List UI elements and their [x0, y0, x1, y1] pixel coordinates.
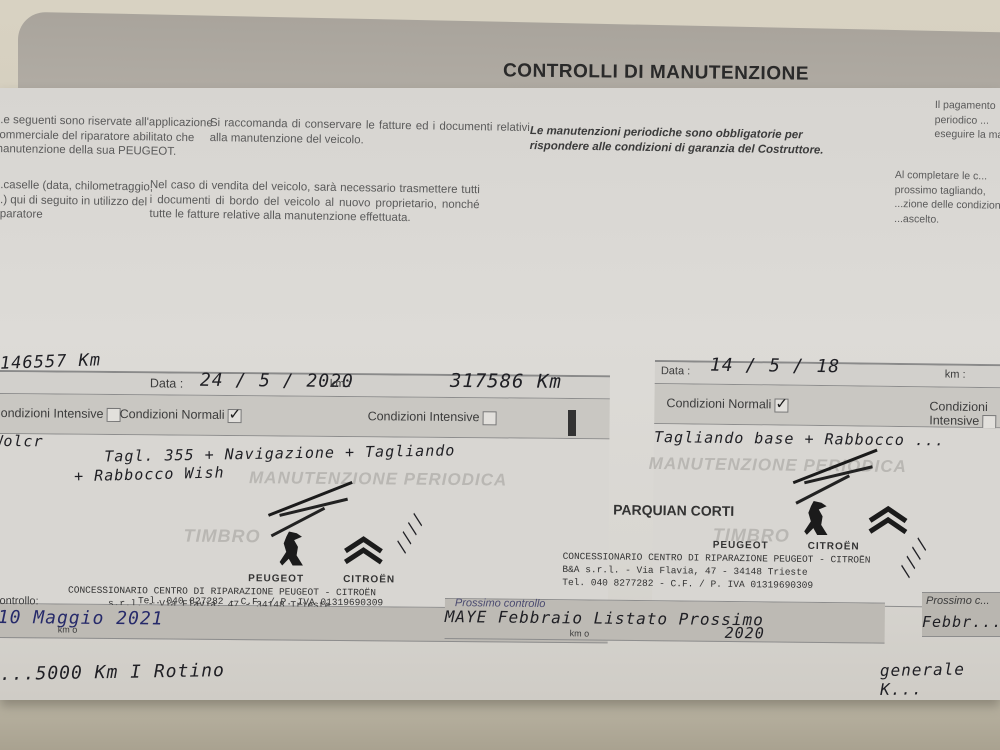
condition-checkbox[interactable]: [982, 415, 996, 429]
citroen-chevrons-icon: [343, 535, 383, 565]
condition-label: Condizioni Intensive: [929, 399, 988, 428]
vertical-handwritten-mark: ////: [391, 509, 429, 555]
km-value: 317586 Km: [450, 370, 562, 393]
vertical-handwritten-mark: ////: [895, 534, 933, 580]
left-edge-note: Wolcr: [0, 432, 44, 450]
conditions-row: Condizioni Intensive Condizioni Normali …: [0, 394, 610, 439]
ghost-label-periodic-maintenance: MANUTENZIONE PERIODICA: [249, 468, 507, 490]
condition-label: Condizioni Normali: [666, 396, 771, 411]
bottom-handwritten-note-right: generale K...: [880, 659, 1000, 699]
intro-left-paragraph-2: ...caselle (data, chilometraggio, ...) q…: [0, 178, 164, 224]
next-check-band-right: Prossimo controllo MAYE Febbraio Listato…: [445, 598, 885, 644]
next-check-date: MAYE Febbraio Listato Prossimo: [445, 607, 764, 629]
work-description-area: Tagliando base + Rabbocco ... MANUTENZIO…: [652, 424, 1000, 608]
condition-checkbox[interactable]: [106, 408, 120, 422]
condition-option-intensive-prev[interactable]: Condizioni Intensive: [0, 406, 121, 422]
km-label: km :: [330, 378, 351, 390]
next-check-fragment: controllo:: [0, 595, 39, 607]
page-heading: CONTROLLI DI MANUTENZIONE: [503, 60, 809, 85]
stamp-brand-citroen: CITROËN: [343, 574, 395, 585]
next-km-value: 2020: [725, 624, 765, 642]
intro-edge-paragraph-2: Al completare le c... prossimo tagliando…: [894, 168, 1000, 228]
stamp-brand-peugeot: PEUGEOT: [713, 540, 769, 552]
condition-option-intensive[interactable]: Condizioni Intensive: [368, 409, 497, 425]
date-value: 14 / 5 / 18: [710, 355, 840, 378]
work-note-line-1: Tagliando base + Rabbocco ...: [654, 428, 945, 450]
desk-surface: [0, 700, 1000, 750]
dealer-name: PARQUIAN CORTI: [613, 502, 734, 519]
next-check-band-edge: Prossimo c... Febbr...: [922, 592, 1000, 637]
km-label: km :: [945, 369, 966, 381]
peugeot-lion-icon: [278, 531, 304, 565]
intro-middle-paragraph-2: Nel caso di vendita del veicolo, sarà ne…: [149, 178, 480, 227]
page-tab-marker: [568, 410, 576, 436]
stamp-brand-citroen: CITROËN: [808, 541, 860, 553]
next-km-small-label: km o: [570, 628, 590, 638]
next-check-row-edge: Prossimo c... Febbr...: [922, 593, 1000, 637]
condition-option-normal[interactable]: Condizioni Normali: [120, 407, 242, 423]
conditions-row: Condizioni Normali Condizioni Intensive: [654, 384, 1000, 428]
condition-checkbox-checked[interactable]: [774, 398, 788, 412]
ghost-label-stamp: TIMBRO: [183, 526, 260, 548]
next-check-label-edge: Prossimo c...: [926, 595, 990, 607]
condition-option-intensive[interactable]: Condizioni Intensive: [929, 399, 1000, 429]
condition-checkbox[interactable]: [482, 411, 496, 425]
condition-label: Condizioni Intensive: [368, 409, 480, 424]
condition-label: Condizioni Normali: [120, 407, 225, 422]
peugeot-lion-icon: [803, 501, 829, 535]
condition-checkbox-checked[interactable]: [227, 409, 241, 423]
intro-edge-paragraph-1: Il pagamento periodico ... eseguire la m…: [934, 98, 1000, 143]
dealer-stamp: PEUGEOT CITROËN CONCESSIONARIO CENTRO DI…: [562, 535, 870, 593]
intro-left-paragraph-1: ...e seguenti sono riservate all'applica…: [0, 113, 234, 160]
work-note-line-1: Tagl. 355 + Navigazione + Tagliando: [104, 441, 455, 465]
stamp-line-3: Tel. 040 827282 - C.F. / P. IVA 01319690…: [138, 595, 383, 608]
stamp-brand-peugeot: PEUGEOT: [248, 573, 304, 584]
citroen-chevrons-icon: [868, 505, 908, 535]
next-check-date: 10 Maggio 2021: [0, 607, 164, 629]
intro-right-paragraph: Le manutenzioni periodiche sono obbligat…: [530, 124, 830, 158]
date-label: Data :: [661, 365, 691, 377]
next-check-value-edge: Febbr...: [922, 613, 1000, 631]
condition-label: Condizioni Intensive: [0, 406, 104, 421]
condition-option-normal[interactable]: Condizioni Normali: [666, 396, 788, 412]
work-description-area: Wolcr Tagl. 355 + Navigazione + Tagliand…: [0, 434, 609, 609]
signature-mark: [268, 481, 360, 534]
work-note-line-2: + Rabbocco Wish: [74, 463, 225, 485]
intro-middle-paragraph-1: Si raccomanda di conservare le fatture e…: [210, 116, 530, 150]
next-km-small-label: km o: [58, 625, 78, 635]
maintenance-entry-right: Data : 14 / 5 / 18 km : Condizioni Norma…: [652, 360, 1000, 608]
date-label: Data :: [150, 376, 183, 390]
next-check-row: Prossimo controllo MAYE Febbraio Listato…: [445, 599, 885, 644]
bottom-handwritten-note-left: ...5000 Km I Rotino: [0, 660, 225, 685]
